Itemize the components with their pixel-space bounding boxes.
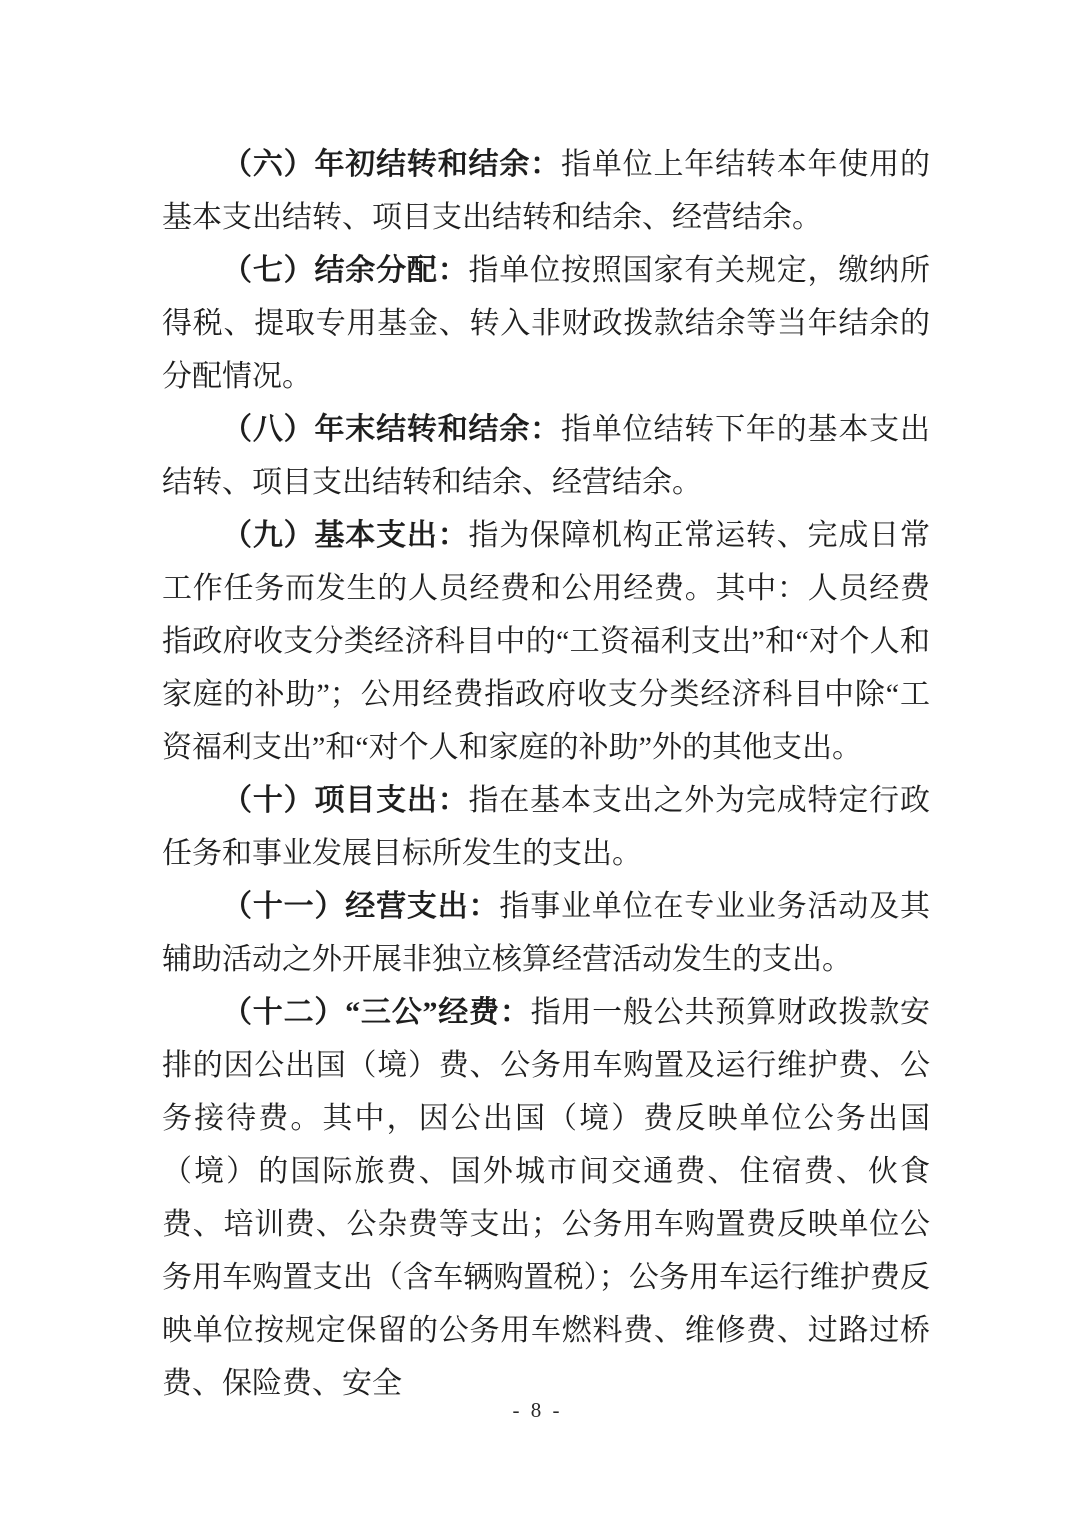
- definition-text-9: 指为保障机构正常运转、完成日常工作任务而发生的人员经费和公用经费。其中：人员经费…: [162, 519, 930, 764]
- definition-paragraph-7: （七）结余分配：指单位按照国家有关规定，缴纳所得税、提取专用基金、转入非财政拨款…: [162, 244, 930, 403]
- definition-text-12: 指用一般公共预算财政拨款安排的因公出国（境）费、公务用车购置及运行维护费、公务接…: [162, 996, 930, 1400]
- term-label-7: （七）结余分配：: [222, 254, 469, 287]
- definition-paragraph-9: （九）基本支出：指为保障机构正常运转、完成日常工作任务而发生的人员经费和公用经费…: [162, 509, 930, 774]
- definition-paragraph-12: （十二）“三公”经费：指用一般公共预算财政拨款安排的因公出国（境）费、公务用车购…: [162, 986, 930, 1410]
- document-page: （六）年初结转和结余：指单位上年结转本年使用的基本支出结转、项目支出结转和结余、…: [0, 0, 1075, 1520]
- definition-paragraph-11: （十一）经营支出：指事业单位在专业业务活动及其辅助活动之外开展非独立核算经营活动…: [162, 880, 930, 986]
- definition-paragraph-8: （八）年末结转和结余：指单位结转下年的基本支出结转、项目支出结转和结余、经营结余…: [162, 403, 930, 509]
- term-label-12: （十二）“三公”经费：: [222, 996, 531, 1029]
- document-body: （六）年初结转和结余：指单位上年结转本年使用的基本支出结转、项目支出结转和结余、…: [162, 138, 930, 1410]
- term-label-9: （九）基本支出：: [222, 519, 469, 552]
- term-label-8: （八）年末结转和结余：: [222, 413, 561, 446]
- definition-paragraph-6: （六）年初结转和结余：指单位上年结转本年使用的基本支出结转、项目支出结转和结余、…: [162, 138, 930, 244]
- term-label-11: （十一）经营支出：: [222, 890, 499, 923]
- term-label-6: （六）年初结转和结余：: [222, 148, 561, 181]
- term-label-10: （十）项目支出：: [222, 784, 469, 817]
- definition-paragraph-10: （十）项目支出：指在基本支出之外为完成特定行政任务和事业发展目标所发生的支出。: [162, 774, 930, 880]
- page-number: - 8 -: [0, 1398, 1075, 1423]
